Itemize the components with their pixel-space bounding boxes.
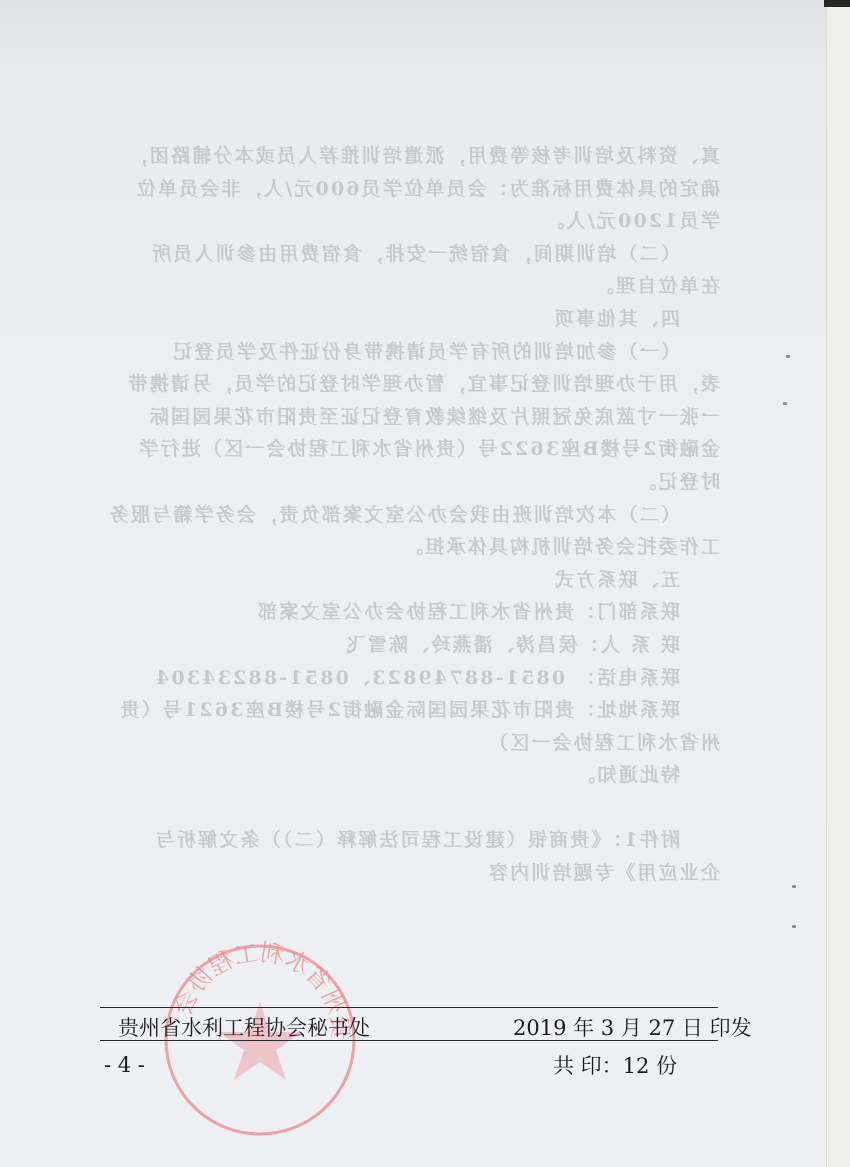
bleed-line: [80, 792, 720, 825]
bleed-line: 企业应用》专题培训内容: [80, 857, 720, 890]
issue-date: 2019 年 3 月 27 日 印发: [513, 1012, 752, 1042]
binding-hole-mark: [786, 355, 790, 358]
bleed-line: 真、资料及培训考核等费用，派遣培训推荐人员或本分辅路团，: [80, 140, 720, 173]
bleed-line: （一）参加培训的所有学员请携带身份证件及学员登记: [80, 336, 720, 369]
bleed-line: 五、联系方式: [80, 564, 720, 597]
bleed-line: 联系部门：贵州省水利工程协会办公室文案部: [80, 596, 720, 629]
page-edge: [826, 0, 850, 1167]
bleed-line: 时登记。: [80, 466, 720, 499]
bleed-line: 金融街2号楼B座3622号（贵州省水利工程协会一区）进行学: [80, 433, 720, 466]
footer-top-rule: [100, 1007, 718, 1008]
issuer-name: 贵州省水利工程协会秘书处: [118, 1012, 370, 1042]
footer-bottom-rule: [100, 1040, 718, 1041]
bleed-line: 学员1200元/人。: [80, 205, 720, 238]
bleed-line: 表，用于办理培训登记事宜，暂办理学时登记的学员，另请携带: [80, 368, 720, 401]
bleed-line: 工作委托会务培训机构具体承担。: [80, 531, 720, 564]
bleed-line: （二）本次培训班由我会办公室文案部负责，会务学籍与服务: [80, 499, 720, 532]
bleed-line: 确定的具体费用标准为：会员单位学员600元/人，非会员单位: [80, 173, 720, 206]
bleed-line: 联 系 人：侯昌涛、潘燕玲、陈雪飞: [80, 629, 720, 662]
bleed-line: 州省水利工程协会一区）: [80, 727, 720, 760]
copies-printed: 共 印：12 份: [553, 1050, 677, 1080]
scanner-corner-shadow: [824, 0, 850, 7]
bleed-line: 附件1：《贵商银（建设工程司法解释（二））条文解析与: [80, 824, 720, 857]
bleed-through-text: 真、资料及培训考核等费用，派遣培训推荐人员或本分辅路团，确定的具体费用标准为：会…: [80, 140, 720, 890]
bleed-line: 四、其他事项: [80, 303, 720, 336]
bleed-line: 在单位自理。: [80, 270, 720, 303]
bleed-line: 一张一寸蓝底免冠照片及继续教育登记证至贵阳市花果园国际: [80, 401, 720, 434]
binding-hole-mark: [792, 885, 796, 888]
bleed-line: 联系地址：贵阳市花果园国际金融街2号楼B座3621号（贵: [80, 694, 720, 727]
binding-hole-mark: [792, 925, 796, 928]
bleed-line: 特此通知。: [80, 759, 720, 792]
binding-hole-mark: [783, 402, 787, 405]
bleed-line: （二）培训期间，食宿统一安排，食宿费用由参训人员所: [80, 238, 720, 271]
bleed-line: 联系电话： 0851-88749823、0851-88234304: [80, 662, 720, 695]
page-number: - 4 -: [104, 1053, 145, 1077]
